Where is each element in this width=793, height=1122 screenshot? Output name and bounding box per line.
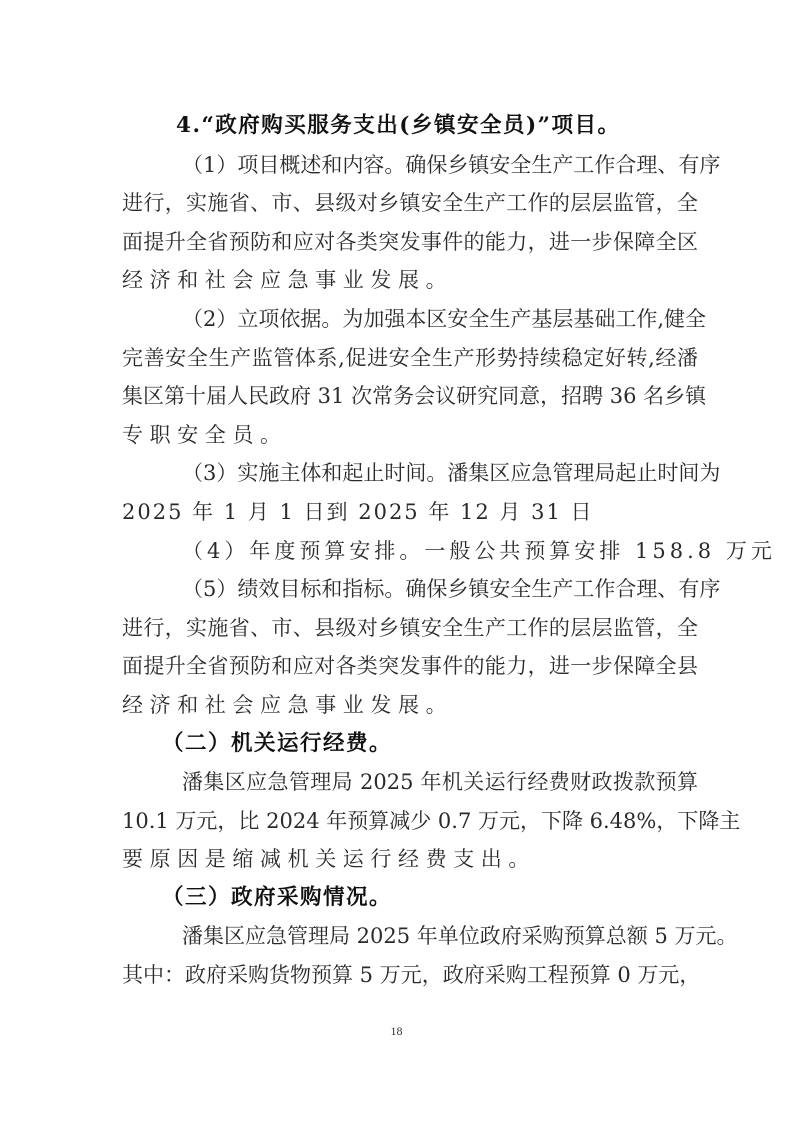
text-line: 面提升全省预防和应对各类突发事件的能力，进一步保障全区 [122,223,698,262]
text-line: （3）实施主体和起止时间。潘集区应急管理局起止时间为 [122,454,698,493]
paragraph-implementation: （3）实施主体和起止时间。潘集区应急管理局起止时间为 2025 年 1 月 1 … [122,454,698,531]
text-line: 进行，实施省、市、县级对乡镇安全生产工作的层层监管，全 [122,609,698,648]
section-heading-item4: 4.“政府购买服务支出(乡镇安全员)”项目。 [122,107,698,146]
text-line: （4）年度预算安排。一般公共预算安排 158.8 万元 [122,532,698,571]
paragraph-overview: （1）项目概述和内容。确保乡镇安全生产工作合理、有序 进行，实施省、市、县级对乡… [122,146,698,300]
text-line: 要原因是缩减机关运行经费支出。 [122,840,698,879]
text-line: （5）绩效目标和指标。确保乡镇安全生产工作合理、有序 [122,570,698,609]
text-line: 经济和社会应急事业发展。 [122,261,698,300]
page-number: 18 [0,1024,793,1039]
paragraph-procurement: 潘集区应急管理局 2025 年单位政府采购预算总额 5 万元。 其中：政府采购货… [122,917,698,994]
text-line: 经济和社会应急事业发展。 [122,686,698,725]
text-line: 2025 年 1 月 1 日到 2025 年 12 月 31 日 [122,493,698,532]
text-line: （1）项目概述和内容。确保乡镇安全生产工作合理、有序 [122,146,698,185]
text-line: 进行，实施省、市、县级对乡镇安全生产工作的层层监管，全 [122,184,698,223]
text-line: 潘集区应急管理局 2025 年机关运行经费财政拨款预算 [122,763,698,802]
text-line: 10.1 万元，比 2024 年预算减少 0.7 万元，下降 6.48%，下降主 [122,802,698,841]
text-line: 潘集区应急管理局 2025 年单位政府采购预算总额 5 万元。 [122,917,698,956]
text-line: 完善安全生产监管体系,促进安全生产形势持续稳定好转,经潘 [122,339,698,378]
section-heading-procurement: （三）政府采购情况。 [122,879,698,918]
text-line: 其中：政府采购货物预算 5 万元，政府采购工程预算 0 万元， [122,956,698,995]
text-line: 专职安全员。 [122,416,698,455]
paragraph-budget: （4）年度预算安排。一般公共预算安排 158.8 万元 [122,532,698,571]
text-line: 集区第十届人民政府 31 次常务会议研究同意，招聘 36 名乡镇 [122,377,698,416]
text-line: 面提升全省预防和应对各类突发事件的能力，进一步保障全县 [122,647,698,686]
section-heading-operating-costs: （二）机关运行经费。 [122,725,698,764]
paragraph-operating-costs: 潘集区应急管理局 2025 年机关运行经费财政拨款预算 10.1 万元，比 20… [122,763,698,879]
text-line: （2）立项依据。为加强本区安全生产基层基础工作,健全 [122,300,698,339]
paragraph-basis: （2）立项依据。为加强本区安全生产基层基础工作,健全 完善安全生产监管体系,促进… [122,300,698,454]
paragraph-performance: （5）绩效目标和指标。确保乡镇安全生产工作合理、有序 进行，实施省、市、县级对乡… [122,570,698,724]
document-page: 4.“政府购买服务支出(乡镇安全员)”项目。 （1）项目概述和内容。确保乡镇安全… [122,107,698,995]
